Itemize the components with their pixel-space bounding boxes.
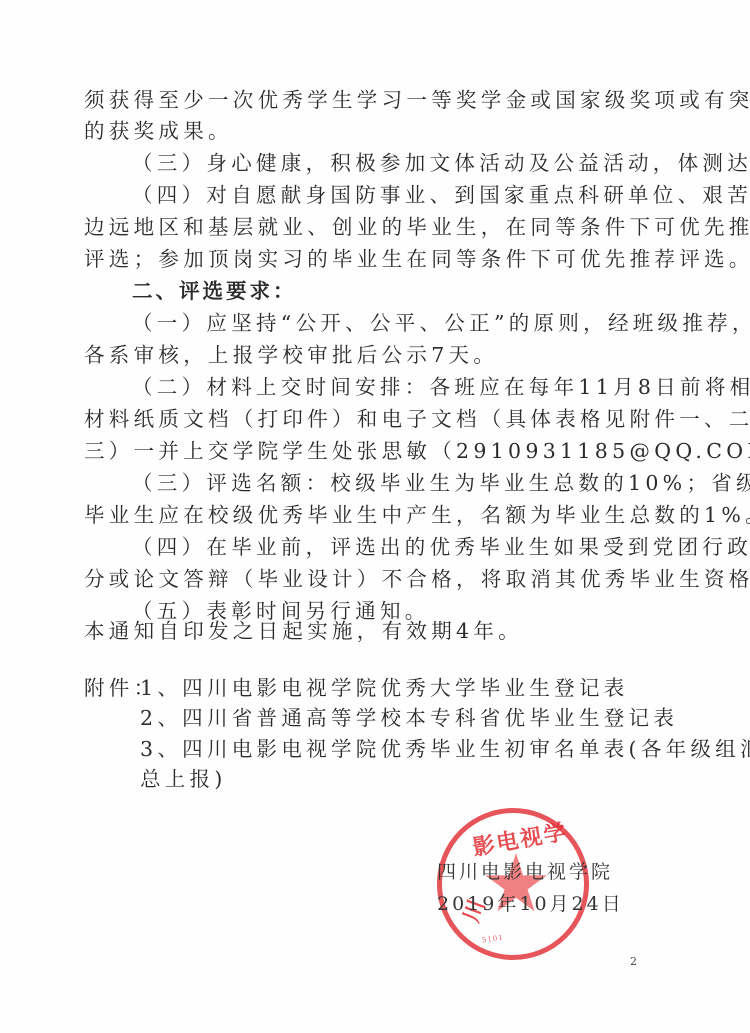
page-number: 2 — [630, 955, 637, 968]
document-page: 须获得至少一次优秀学生学习一等奖学金或国家级奖项或有突出 的获奖成果。 （三）身… — [0, 0, 750, 1033]
body-line: 须获得至少一次优秀学生学习一等奖学金或国家级奖项或有突出 — [84, 86, 750, 114]
signature-date: 2019年10月24日 — [437, 889, 624, 916]
attachment-item-2: 2、四川省普通高等学校本专科省优毕业生登记表 — [140, 704, 678, 732]
attachment-item-3-cont: 总上报) — [140, 765, 227, 793]
body-line: 毕业生应在校级优秀毕业生中产生，名额为毕业生总数的1%。 — [84, 501, 750, 529]
body-line: 各系审核，上报学校审批后公示7天。 — [84, 341, 498, 369]
section-heading: 二、评选要求： — [132, 277, 297, 305]
requirement-3: （三）评选名额：校级毕业生为毕业生总数的10%；省级优秀 — [132, 469, 750, 497]
body-line: 边远地区和基层就业、创业的毕业生，在同等条件下可优先推荐 — [84, 213, 750, 241]
seal-text-top: 影电视学 — [470, 815, 570, 862]
attachment-item-3: 3、四川电影电视学院优秀毕业生初审名单表(各年级组汇 — [140, 735, 750, 763]
requirement-4: （四）在毕业前，评选出的优秀毕业生如果受到党团行政处 — [132, 533, 750, 561]
criterion-4: （四）对自愿献身国防事业、到国家重点科研单位、艰苦、 — [132, 181, 750, 209]
requirement-2: （二）材料上交时间安排：各班应在每年11月8日前将相关 — [132, 373, 750, 401]
seal-code: 5101 — [482, 934, 505, 945]
attachment-item-1: 1、四川电影电视学院优秀大学毕业生登记表 — [140, 674, 629, 702]
body-line: 材料纸质文档（打印件）和电子文档（具体表格见附件一、二、 — [84, 405, 750, 433]
validity-note: 本通知自印发之日起实施，有效期4年。 — [84, 617, 523, 645]
body-line: 的获奖成果。 — [84, 117, 233, 145]
requirement-1: （一）应坚持“公开、公平、公正”的原则，经班级推荐， — [132, 309, 750, 337]
body-line: 分或论文答辩（毕业设计）不合格，将取消其优秀毕业生资格。 — [84, 565, 750, 593]
body-line: 评选；参加顶岗实习的毕业生在同等条件下可优先推荐评选。 — [84, 245, 750, 273]
official-seal: 影电视学 川 5101 — [437, 808, 589, 960]
signature-org: 四川电影电视学院 — [437, 857, 613, 884]
body-line-email: 三）一并上交学院学生处张思敏（2910931185@QQ.COM）。 — [84, 437, 750, 465]
criterion-3: （三）身心健康，积极参加文体活动及公益活动，体测达标。 — [132, 149, 750, 177]
